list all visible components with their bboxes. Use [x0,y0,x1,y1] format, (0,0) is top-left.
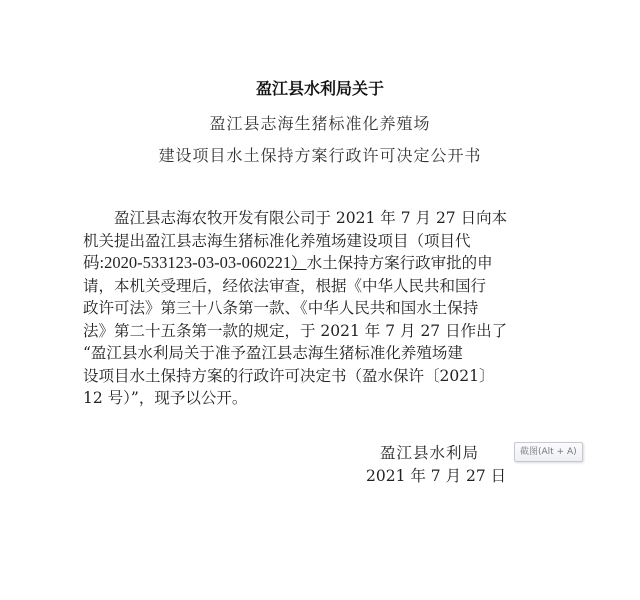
screenshot-tooltip: 截图(Alt + A) [514,442,583,462]
body-line: 请，本机关受理后，经依法审查，根据《中华人民共和国行 [83,275,543,298]
close-paren: ） [291,254,307,272]
body-line: “盈江县水利局关于准予盈江县志海生猪标准化养殖场建 [83,342,543,365]
body-line: 盈江县志海农牧开发有限公司于 2021 年 7 月 27 日向本 [83,207,543,230]
document-title: 盈江县水利局关于 [0,76,640,99]
signature-date: 2021 年 7 月 27 日 [366,464,506,486]
body-line: 码:2020-533123-03-03-060221）水土保持方案行政审批的申 [83,252,543,275]
document-body: 盈江县志海农牧开发有限公司于 2021 年 7 月 27 日向本 机关提出盈江县… [83,207,543,410]
body-line: 12 号）”，现予以公开。 [83,387,543,410]
signature-org: 盈江县水利局 [380,441,479,463]
body-line: 政许可法》第三十八条第一款、《中华人民共和国水土保持 [83,297,543,320]
document-subtitle-1: 盈江县志海生猪标准化养殖场 [0,111,640,134]
project-code: 码:2020-533123-03-03-060221 [83,253,291,272]
body-line: 法》第二十五条第一款的规定，于 2021 年 7 月 27 日作出了 [83,320,543,343]
body-text: 水土保持方案行政审批的申 [307,254,493,272]
document-subtitle-2: 建设项目水土保持方案行政许可决定公开书 [0,143,640,166]
body-line: 机关提出盈江县志海生猪标准化养殖场建设项目（项目代 [83,230,543,253]
body-line: 设项目水土保持方案的行政许可决定书（盈水保许〔2021〕 [83,365,543,388]
